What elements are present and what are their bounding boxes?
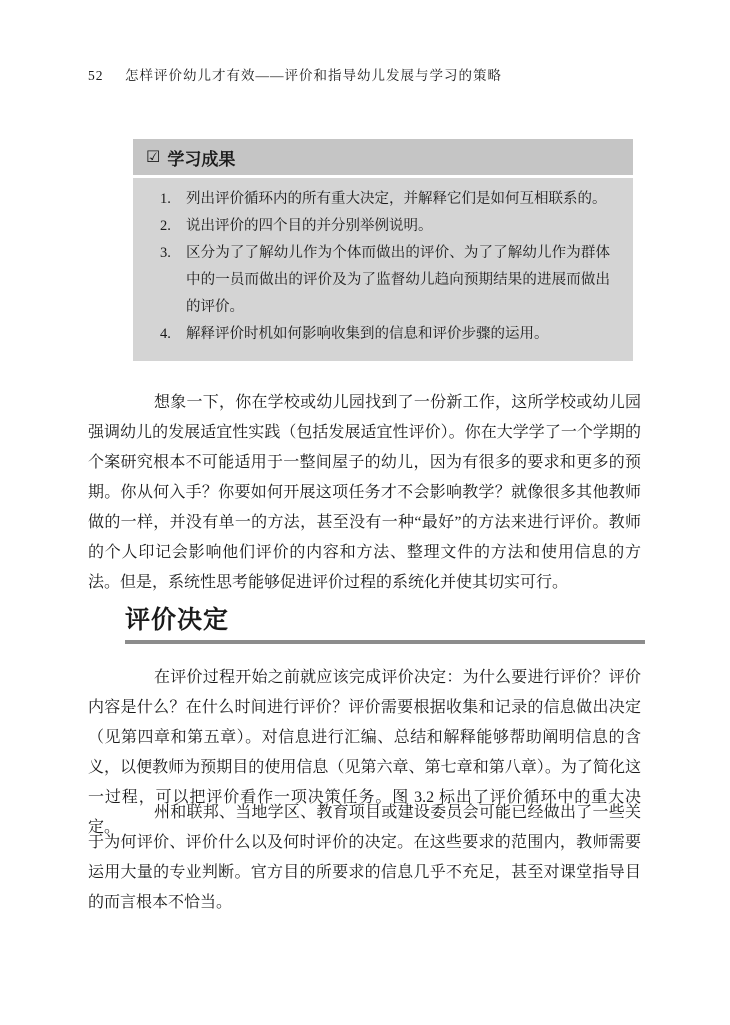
outcomes-list: 1. 列出评价循环内的所有重大决定，并解释它们是如何互相联系的。 2. 说出评价… (133, 178, 633, 361)
intro-paragraph: 想象一下，你在学校或幼儿园找到了一份新工作，这所学校或幼儿园强调幼儿的发展适宜性… (88, 388, 641, 598)
list-item-text: 说出评价的四个目的并分别举例说明。 (186, 213, 610, 240)
section-heading-rule (125, 640, 645, 644)
page-header: 52 怎样评价幼儿才有效——评价和指导幼儿发展与学习的策略 (88, 64, 650, 84)
list-item-number: 2. (160, 213, 186, 240)
list-item-text: 列出评价循环内的所有重大决定，并解释它们是如何互相联系的。 (186, 186, 610, 213)
section-paragraph-2: 州和联邦、当地学区、教育项目或建设委员会可能已经做出了一些关于为何评价、评价什么… (88, 798, 641, 918)
learning-outcomes-box: ☑ 学习成果 1. 列出评价循环内的所有重大决定，并解释它们是如何互相联系的。 … (133, 139, 633, 361)
book-page: 52 怎样评价幼儿才有效——评价和指导幼儿发展与学习的策略 ☑ 学习成果 1. … (0, 0, 730, 1025)
list-item: 2. 说出评价的四个目的并分别举例说明。 (160, 213, 610, 240)
list-item: 4. 解释评价时机如何影响收集到的信息和评价步骤的运用。 (160, 321, 610, 348)
running-title: 怎样评价幼儿才有效——评价和指导幼儿发展与学习的策略 (125, 64, 502, 84)
list-item: 3. 区分为了了解幼儿作为个体而做出的评价、为了了解幼儿作为群体中的一员而做出的… (160, 240, 610, 321)
list-item: 1. 列出评价循环内的所有重大决定，并解释它们是如何互相联系的。 (160, 186, 610, 213)
section-heading: 评价决定 (125, 603, 229, 637)
checkbox-checked-icon: ☑ (146, 149, 160, 165)
list-item-number: 4. (160, 321, 186, 348)
list-item-number: 1. (160, 186, 186, 213)
outcomes-title-band: ☑ 学习成果 (133, 139, 633, 178)
page-number: 52 (88, 68, 125, 84)
list-item-text: 区分为了了解幼儿作为个体而做出的评价、为了了解幼儿作为群体中的一员而做出的评价及… (186, 240, 610, 321)
outcomes-box-title: 学习成果 (167, 145, 235, 170)
list-item-number: 3. (160, 240, 186, 321)
list-item-text: 解释评价时机如何影响收集到的信息和评价步骤的运用。 (186, 321, 610, 348)
